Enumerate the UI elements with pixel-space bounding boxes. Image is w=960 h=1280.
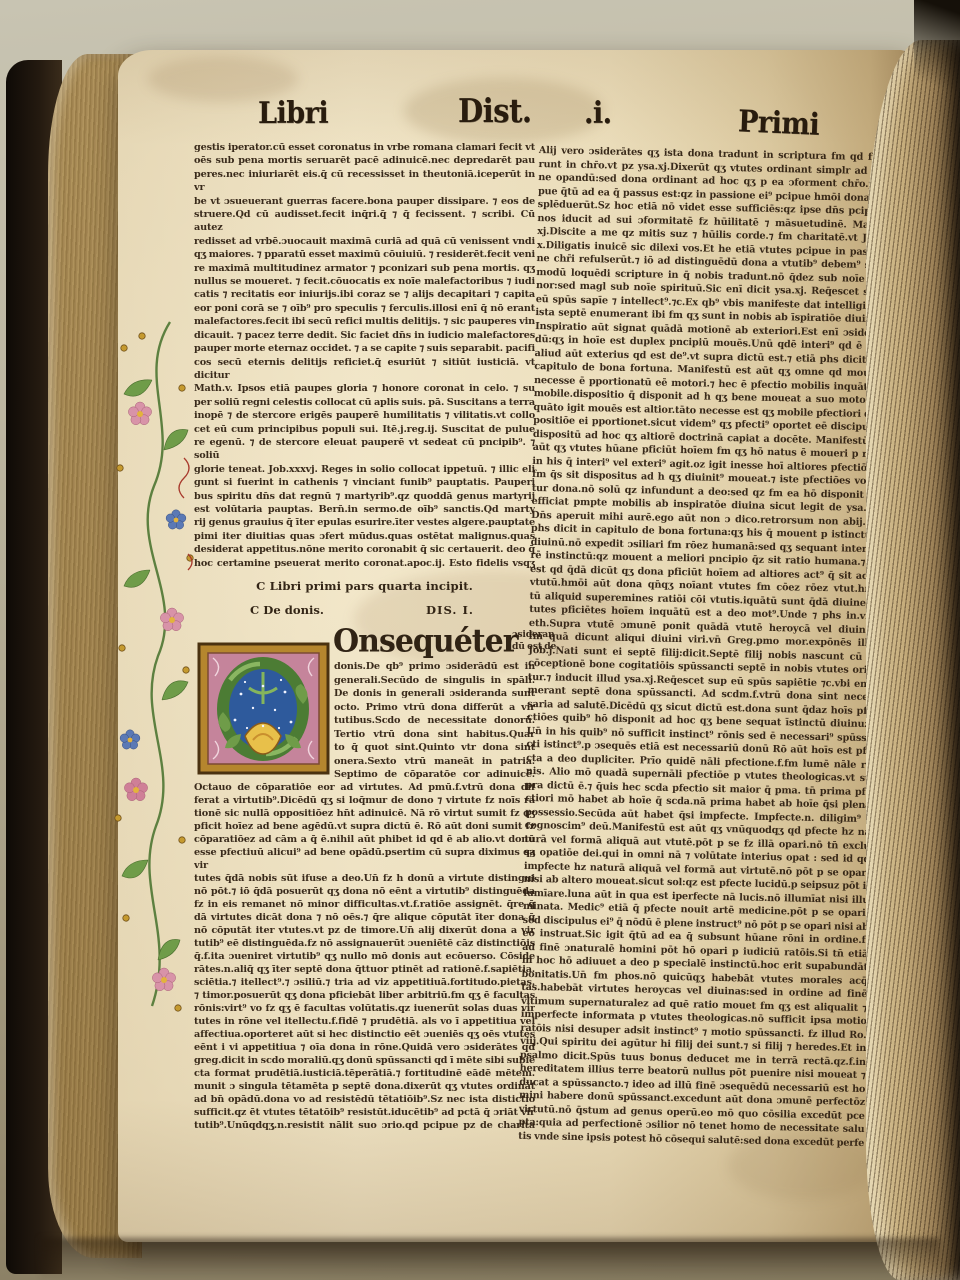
blue-flowers [120, 510, 186, 749]
open-page: Libri Dist. .i. Primi gestis iperator.cū… [118, 50, 910, 1242]
left-column-text-beside-initial: donis.De qb⁹ primo ɔsiderādū est in gene… [334, 660, 535, 783]
parchment-stain [728, 1130, 878, 1200]
subhead-row: C De donis. DIS. I. [194, 603, 535, 621]
red-pen-flourishes [179, 458, 192, 570]
parchment-stain [548, 520, 638, 760]
right-column-text: Alij vero ɔsiderātes qʒ ista dona tradun… [518, 144, 885, 1155]
running-title-numeral: .i. [584, 96, 612, 131]
subhead-distinction: DIS. I. [426, 603, 474, 617]
subhead-de-donis: C De donis. [250, 603, 324, 617]
parchment-stain [354, 570, 634, 670]
opening-word: Onsequéter [333, 623, 513, 663]
running-title-primi: Primi [737, 104, 819, 142]
running-title-dist: Dist. [458, 92, 531, 130]
running-title-libri: Libri [258, 96, 328, 131]
pink-flowers [124, 402, 183, 991]
left-column-text-upper: gestis iperator.cū esset coronatus in vr… [194, 141, 535, 571]
opening-side-lines: ɔsideran dū est de [512, 629, 560, 655]
leaves [122, 380, 188, 960]
floral-border-decoration [112, 318, 208, 1028]
gold-balls [115, 333, 193, 1011]
parchment-stain [148, 56, 298, 102]
top-right-shadow [914, 0, 960, 120]
left-column-text-lower: Octauo de cōparatiōe eor ad virtutes. Ad… [194, 781, 535, 1133]
facing-page-textlines [866, 40, 960, 1280]
facing-page-edge [866, 40, 960, 1280]
parchment-stain [404, 78, 604, 144]
book-bottom-shadow [40, 1238, 940, 1280]
rubric-incipit: C Libri primi pars quarta incipit. [194, 579, 535, 593]
photo-background: Libri Dist. .i. Primi gestis iperator.cū… [0, 0, 960, 1280]
illuminated-initial-O [197, 642, 330, 775]
